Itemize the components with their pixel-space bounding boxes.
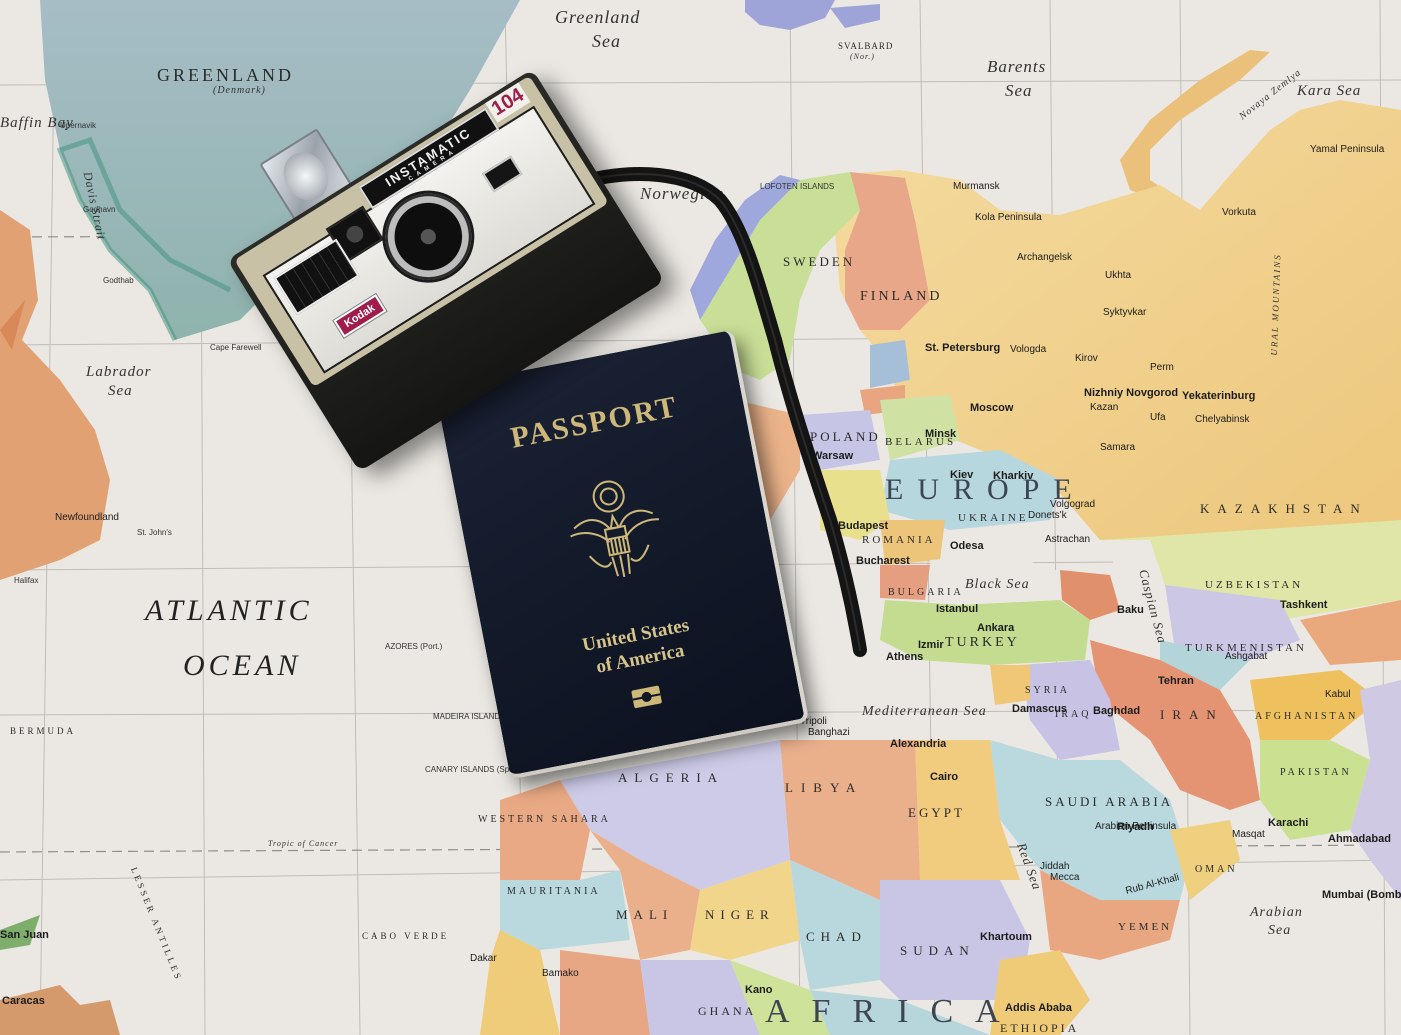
label-arabian-sea: Arabian <box>1250 906 1303 920</box>
city-halifax: Halifax <box>14 577 38 585</box>
label-algeria: ALGERIA <box>618 771 724 784</box>
label-egypt: EGYPT <box>908 806 965 819</box>
label-sweden: SWEDEN <box>783 255 855 268</box>
city-vorkuta: Vorkuta <box>1222 208 1256 218</box>
city-dakar: Dakar <box>470 954 497 964</box>
label-barents-sea-2: Sea <box>1005 82 1033 99</box>
city-ukhta: Ukhta <box>1105 271 1131 281</box>
label-saudi-arabia: SAUDI ARABIA <box>1045 795 1173 808</box>
label-syria: SYRIA <box>1025 686 1070 696</box>
label-labrador-sea-2: Sea <box>108 384 133 399</box>
biometric-chip-icon <box>631 685 662 708</box>
label-svalbard-nor: (Nor.) <box>850 53 875 61</box>
city-upernavik: Upernavik <box>60 122 96 130</box>
city-godhavn: Godhavn <box>83 206 115 214</box>
eagle-seal-icon <box>556 467 675 594</box>
city-odesa: Odesa <box>950 541 984 552</box>
label-bulgaria: BULGARIA <box>888 588 964 598</box>
city-warsaw: Warsaw <box>812 451 853 462</box>
city-yekaterinburg: Yekaterinburg <box>1182 391 1255 402</box>
city-addis-ababa: Addis Ababa <box>1005 1003 1072 1014</box>
label-iran: IRAN <box>1160 708 1224 721</box>
city-samara: Samara <box>1100 443 1135 453</box>
city-mumbai: Mumbai (Bombay) <box>1322 890 1401 901</box>
city-astrachan: Astrachan <box>1045 535 1090 545</box>
city-kirov: Kirov <box>1075 354 1098 364</box>
city-vologda: Vologda <box>1010 345 1046 355</box>
city-mecca: Mecca <box>1050 873 1079 883</box>
city-kabul: Kabul <box>1325 690 1351 700</box>
label-kara-sea: Kara Sea <box>1297 84 1361 99</box>
label-nigeria: GHANA <box>698 1005 756 1017</box>
label-poland: POLAND <box>810 430 881 443</box>
label-kola: Kola Peninsula <box>975 213 1042 223</box>
city-riyadh: Riyadh <box>1117 822 1154 833</box>
city-budapest: Budapest <box>838 521 888 532</box>
city-donetsk: Donets'k <box>1028 511 1067 521</box>
label-mediterranean: Mediterranean Sea <box>862 705 987 719</box>
city-bamako: Bamako <box>542 969 579 979</box>
label-turkey: TURKEY <box>945 636 1020 650</box>
city-san-juan: San Juan <box>0 930 49 941</box>
label-svalbard: SVALBARD <box>838 42 893 51</box>
photo-scene: GREENLAND (Denmark) Greenland Sea SVALBA… <box>0 0 1401 1035</box>
city-kazan: Kazan <box>1090 403 1118 413</box>
label-greenland-sea-2: Sea <box>592 32 621 50</box>
city-tehran: Tehran <box>1158 676 1194 687</box>
city-syktyvkar: Syktyvkar <box>1103 308 1146 318</box>
city-damascus: Damascus <box>1012 704 1067 715</box>
city-godthab: Godthab <box>103 277 134 285</box>
label-denmark: (Denmark) <box>213 86 266 96</box>
city-ankara: Ankara <box>977 623 1014 634</box>
label-bermuda: BERMUDA <box>10 727 76 736</box>
label-sudan: SUDAN <box>900 944 975 957</box>
city-jiddah: Jiddah <box>1040 862 1069 872</box>
city-minsk: Minsk <box>925 429 956 440</box>
city-izmir: Izmir <box>918 640 944 651</box>
city-newfoundland: Newfoundland <box>55 513 119 523</box>
label-yamal: Yamal Peninsula <box>1310 145 1384 155</box>
passport-country: United States of America <box>486 595 790 699</box>
city-athens: Athens <box>886 652 923 663</box>
label-barents-sea: Barents <box>987 58 1046 75</box>
label-libya: LIBYA <box>785 781 863 794</box>
label-cabo-verde: CABO VERDE <box>362 932 449 941</box>
label-kazakhstan: KAZAKHSTAN <box>1200 502 1368 515</box>
city-baku: Baku <box>1117 605 1144 616</box>
label-yemen: YEMEN <box>1118 922 1172 933</box>
city-tashkent: Tashkent <box>1280 600 1327 611</box>
city-khartoum: Khartoum <box>980 932 1032 943</box>
city-murmansk: Murmansk <box>953 182 1000 192</box>
city-istanbul: Istanbul <box>936 604 978 615</box>
city-st-petersburg: St. Petersburg <box>925 343 1000 354</box>
label-ukraine: UKRAINE <box>958 513 1029 524</box>
label-niger: NIGER <box>705 908 775 921</box>
label-africa: AFRICA <box>765 995 1022 1029</box>
label-ocean: OCEAN <box>183 651 301 681</box>
city-alexandria: Alexandria <box>890 739 946 750</box>
city-chelyabinsk: Chelyabinsk <box>1195 415 1249 425</box>
city-ashgabat: Ashgabat <box>1225 652 1267 662</box>
city-ahmadabad: Ahmadabad <box>1328 834 1391 845</box>
label-azores: AZORES (Port.) <box>385 643 442 651</box>
city-baghdad: Baghdad <box>1093 706 1140 717</box>
label-greenland-sea: Greenland <box>555 8 640 26</box>
label-norwegian-sea: Norwegian <box>640 185 725 202</box>
passport-title: PASSPORT <box>444 378 745 469</box>
city-nizhniy-novgorod: Nizhniy Novgorod <box>1084 388 1178 399</box>
city-kano: Kano <box>745 985 773 996</box>
label-black-sea: Black Sea <box>965 578 1030 592</box>
city-cairo: Cairo <box>930 772 958 783</box>
label-afghanistan: AFGHANISTAN <box>1255 712 1358 722</box>
label-tropic-of-cancer: Tropic of Cancer <box>268 840 338 848</box>
label-arabian-sea-2: Sea <box>1268 924 1291 938</box>
label-lofoten: LOFOTEN ISLANDS <box>760 183 834 191</box>
city-kharkiv: Kharkiv <box>993 471 1033 482</box>
label-western-sahara: WESTERN SAHARA <box>478 815 611 825</box>
label-chad: CHAD <box>806 930 867 943</box>
label-mauritania: MAURITANIA <box>507 887 601 897</box>
city-cape-farewell: Cape Farewell <box>210 344 262 352</box>
city-ufa: Ufa <box>1150 413 1166 423</box>
city-archangelsk: Archangelsk <box>1017 253 1072 263</box>
label-pakistan: PAKISTAN <box>1280 768 1352 778</box>
label-finland: FINLAND <box>860 290 942 304</box>
label-greenland: GREENLAND <box>157 66 294 84</box>
label-ethiopia: ETHIOPIA <box>1000 1022 1079 1034</box>
label-romania: ROMANIA <box>862 535 936 546</box>
label-uzbekistan: UZBEKISTAN <box>1205 580 1303 591</box>
label-atlantic: ATLANTIC <box>145 596 313 626</box>
city-perm: Perm <box>1150 363 1174 373</box>
city-kiev: Kiev <box>950 470 973 481</box>
city-banghazi: Banghazi <box>808 728 850 738</box>
label-labrador-sea: Labrador <box>86 365 152 380</box>
city-volgograd: Volgograd <box>1050 500 1095 510</box>
city-masqat: Masqat <box>1232 830 1265 840</box>
city-bucharest: Bucharest <box>856 556 910 567</box>
city-moscow: Moscow <box>970 403 1013 414</box>
label-oman: OMAN <box>1195 865 1238 875</box>
city-karachi: Karachi <box>1268 818 1308 829</box>
city-caracas: Caracas <box>2 996 45 1007</box>
label-mali: MALI <box>616 908 673 921</box>
city-st-johns: St. John's <box>137 529 172 537</box>
